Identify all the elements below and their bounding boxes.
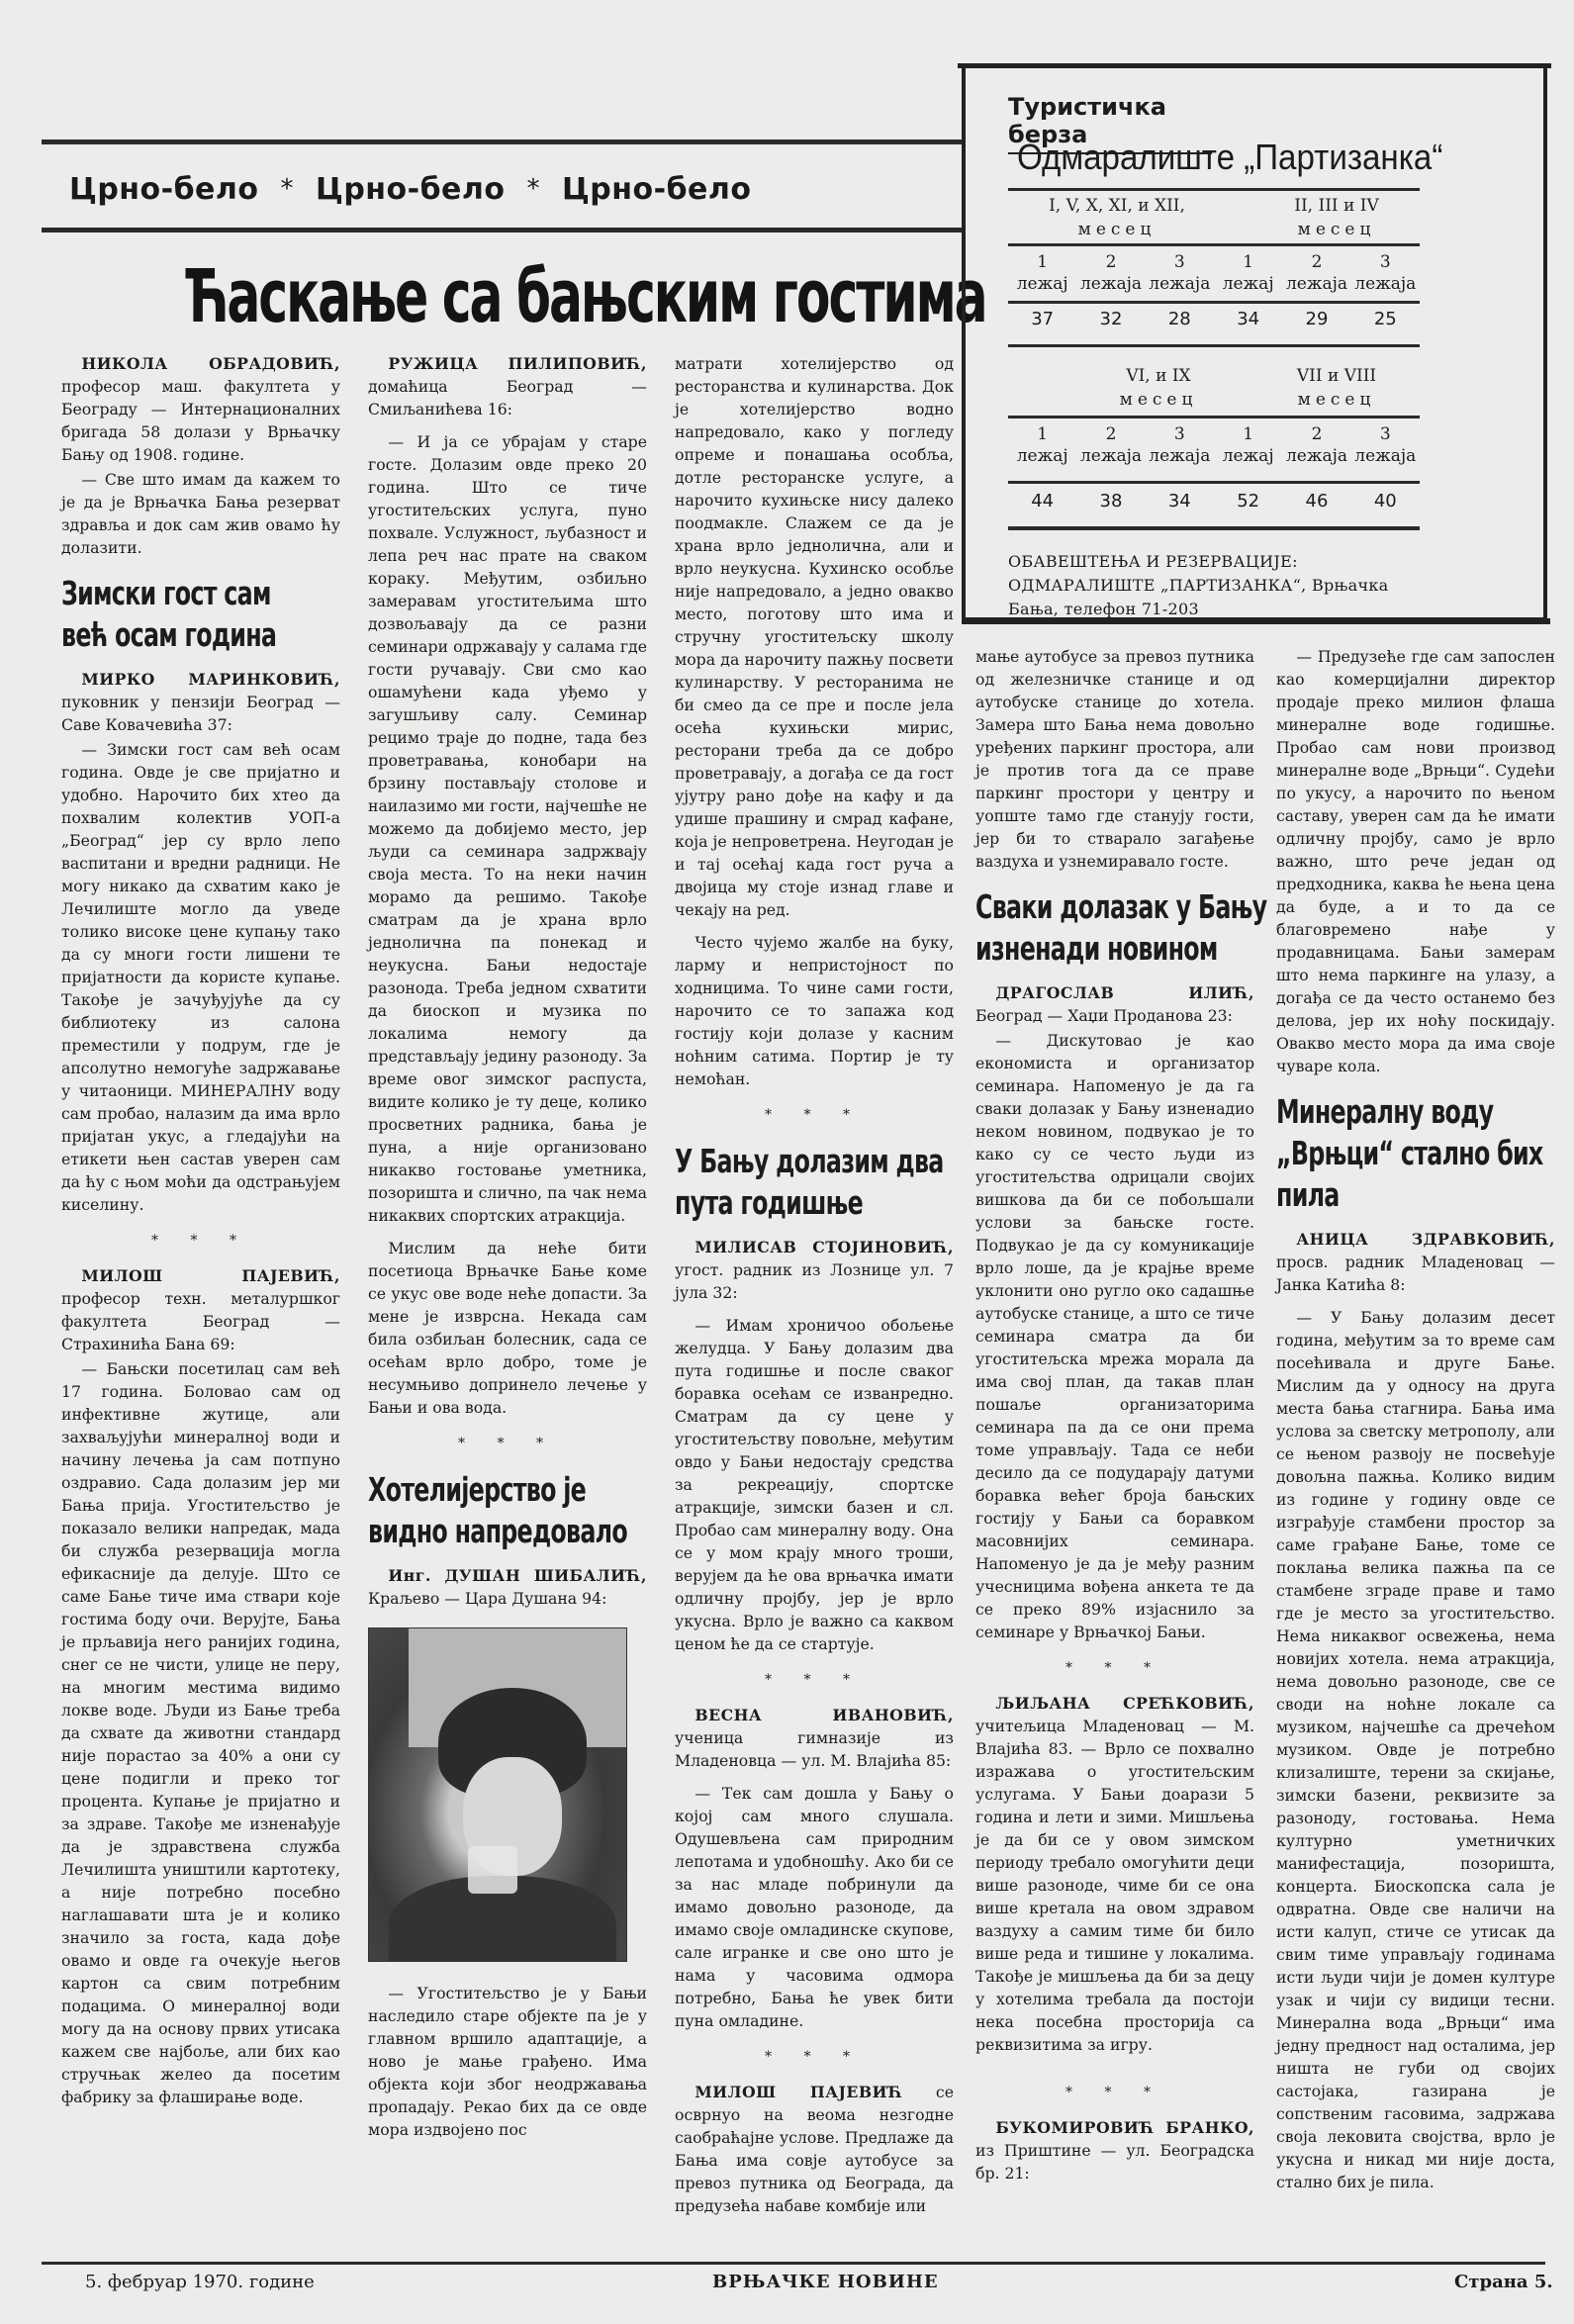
period-months: VI, и IX bbox=[1084, 364, 1233, 388]
bed-count: 3 bbox=[1146, 251, 1214, 273]
subheading-line: Сваки долазак у Бању bbox=[975, 886, 1176, 928]
bed-col: 3лежаја bbox=[1351, 251, 1420, 295]
bed-col: 1лежај bbox=[1214, 423, 1282, 467]
interview-intro: Инг. ДУШАН ШИБАЛИЋ, Краљево — Цара Душан… bbox=[368, 1564, 647, 1610]
period-header-2: II, III и IV месец bbox=[1262, 194, 1411, 241]
table-rule bbox=[1008, 344, 1420, 347]
bed-count: 1 bbox=[1008, 251, 1076, 273]
paragraph: матрати хотелијерство од ресторанства и … bbox=[675, 352, 954, 921]
price: 29 bbox=[1282, 309, 1350, 330]
interviewee-details: професор техн. металуршког факултета Бео… bbox=[61, 1289, 340, 1353]
bed-row-1: 1лежај 2лежаја 3лежаја 1лежај 2лежаја 3л… bbox=[1008, 251, 1420, 295]
period-unit: месец bbox=[1262, 388, 1411, 412]
interviewee-name: ВЕСНА ИВАНОВИЋ, bbox=[694, 1706, 954, 1724]
interview-intro: ДРАГОСЛАВ ИЛИЋ, Београд — Хаџи Продановa… bbox=[975, 981, 1254, 1027]
paragraph: — Дискутовао је као економиста и организ… bbox=[975, 1029, 1254, 1643]
bed-label: лежаја bbox=[1282, 273, 1350, 295]
newspaper-page: Црно-бело * Црно-бело * Црно-бело Ћаскањ… bbox=[0, 0, 1574, 2324]
table-rule bbox=[1008, 416, 1420, 418]
paragraph: — Све што имам да кажем то је да је Врња… bbox=[61, 468, 340, 559]
resort-name: Одмаралиште „Партизанка“ bbox=[1017, 137, 1442, 178]
subheading: Зимски гост самвећ осам година bbox=[61, 573, 262, 656]
interviewee-details: професор маш. факултета у Београду — Инт… bbox=[61, 377, 340, 464]
page-title: Ћаскање са бањским гостима bbox=[185, 247, 804, 346]
price: 38 bbox=[1076, 491, 1145, 512]
paragraph: мање аутобусе за превоз путника од желез… bbox=[975, 645, 1254, 873]
interview-intro: ВЕСНА ИВАНОВИЋ, ученица гимназије из Мла… bbox=[675, 1704, 954, 1772]
bed-label: лежаја bbox=[1351, 445, 1420, 467]
bed-count: 1 bbox=[1214, 251, 1282, 273]
subheading-line: Зимски гост сам bbox=[61, 573, 262, 614]
interview-intro: АНИЦА ЗДРАВКОВИЋ, просв. радник Младенов… bbox=[1276, 1228, 1555, 1296]
price: 28 bbox=[1146, 309, 1214, 330]
subheading: Хотелијерство јевидно напредовало bbox=[368, 1469, 569, 1552]
bed-label: лежаја bbox=[1076, 445, 1145, 467]
interview-intro: МИРКО МАРИНКОВИЋ, пуковник у пензији Бео… bbox=[61, 668, 340, 736]
band-label-1: Црно-бело bbox=[69, 172, 258, 207]
interview-intro: МИЛОШ ПАЈЕВИЋ, професор техн. металуршко… bbox=[61, 1264, 340, 1355]
subheading-line: видно напредовало bbox=[368, 1511, 569, 1552]
interviewee-details: из Приштине — ул. Београдска бр. 21: bbox=[975, 2141, 1254, 2183]
photo bbox=[368, 1627, 627, 1962]
section-divider: * * * bbox=[675, 1669, 954, 1692]
period-months: I, V, X, XI, и XII, bbox=[1008, 194, 1226, 218]
price-row-2: 44 38 34 52 46 40 bbox=[1008, 491, 1420, 512]
section-divider: * * * bbox=[675, 1104, 954, 1127]
column-4: мање аутобусе за превоз путника од желез… bbox=[975, 645, 1254, 2185]
bed-col: 2лежаја bbox=[1282, 251, 1350, 295]
paragraph: — Зимски гост сам већ осам година. Овде … bbox=[61, 738, 340, 1216]
issue-date: 5. фебруар 1970. године bbox=[85, 2272, 315, 2292]
bed-count: 2 bbox=[1076, 423, 1145, 445]
price-row-1: 37 32 28 34 29 25 bbox=[1008, 309, 1420, 330]
interview-intro: МИЛОШ ПАЈЕВИЋ се осврнуо на веома незгод… bbox=[675, 2081, 954, 2217]
interviewee-details: угост. радник из Лознице ул. 7 јула 32: bbox=[675, 1260, 954, 1302]
paragraph: Често чујемо жалбе на буку, ларму и непр… bbox=[675, 931, 954, 1090]
bed-label: лежаја bbox=[1146, 445, 1214, 467]
section-divider: * * * bbox=[61, 1230, 340, 1253]
interview-intro: РУЖИЦА ПИЛИПОВИЋ, домаћица Београд — Сми… bbox=[368, 352, 647, 420]
bed-label: лежај bbox=[1008, 273, 1076, 295]
bed-count: 2 bbox=[1282, 423, 1350, 445]
bed-count: 3 bbox=[1146, 423, 1214, 445]
bed-label: лежај bbox=[1214, 445, 1282, 467]
bed-col: 3лежаја bbox=[1351, 423, 1420, 467]
box-rule-bottom bbox=[962, 618, 1550, 624]
bed-col: 2лежаја bbox=[1282, 423, 1350, 467]
info-title: ОБАВЕШТЕЊА И РЕЗЕРВАЦИЈЕ: bbox=[1008, 550, 1424, 574]
interviewee-name: МИЛОШ ПАЈЕВИЋ, bbox=[81, 1266, 340, 1285]
bed-label: лежаја bbox=[1282, 445, 1350, 467]
interviewee-details: домаћица Београд — Смиљанићева 16: bbox=[368, 377, 647, 418]
bed-col: 1лежај bbox=[1008, 423, 1076, 467]
section-divider: * * * bbox=[975, 1657, 1254, 1680]
bed-row-2: 1лежај 2лежаја 3лежаја 1лежај 2лежаја 3л… bbox=[1008, 423, 1420, 467]
interviewee-name: ЉИЉАНА СРЕЋКОВИЋ, bbox=[995, 1694, 1254, 1713]
table-rule bbox=[1008, 243, 1420, 246]
paragraph: — И ја се убрајам у старе госте. Долазим… bbox=[368, 430, 647, 1227]
interviewee-name: НИКОЛА ОБРАДОВИЋ, bbox=[81, 354, 340, 373]
bed-count: 3 bbox=[1351, 251, 1420, 273]
paragraph: — У Бању долазим десет година, међутим з… bbox=[1276, 1306, 1555, 2193]
subheading-line: „Врњци“ стално бих bbox=[1276, 1133, 1477, 1174]
bed-col: 2лежаја bbox=[1076, 423, 1145, 467]
period-unit: месец bbox=[1084, 388, 1233, 412]
bed-count: 1 bbox=[1008, 423, 1076, 445]
paragraph: — Тек сам дошла у Бању о којој сам много… bbox=[675, 1782, 954, 2032]
section-divider: * * * bbox=[368, 1433, 647, 1455]
price: 40 bbox=[1351, 491, 1420, 512]
price: 25 bbox=[1351, 309, 1420, 330]
paragraph: — Бањски посетилац сам већ 17 година. Бо… bbox=[61, 1357, 340, 2108]
interviewee-name: МИРКО МАРИНКОВИЋ, bbox=[81, 670, 340, 689]
header-rule-top bbox=[42, 139, 962, 144]
bed-count: 2 bbox=[1282, 251, 1350, 273]
interview-intro: ЉИЉАНА СРЕЋКОВИЋ, учитељица Младеновац —… bbox=[975, 1692, 1254, 2056]
subheading-line: пила bbox=[1276, 1174, 1477, 1216]
section-divider: * * * bbox=[675, 2046, 954, 2069]
interviewee-details: просв. радник Младеновац — Јанка Катића … bbox=[1276, 1253, 1555, 1294]
table-rule bbox=[1008, 526, 1420, 530]
paragraph: — Предузеће где сам запослен као комерци… bbox=[1276, 645, 1555, 1077]
period-months: II, III и IV bbox=[1262, 194, 1411, 218]
bed-count: 1 bbox=[1214, 423, 1282, 445]
subheading-line: Минералну воду bbox=[1276, 1091, 1477, 1133]
band-separator: * bbox=[280, 174, 294, 204]
interviewee-details: ученица гимназије из Младеновца — ул. М.… bbox=[675, 1728, 954, 1770]
period-header-3: VI, и IX месец bbox=[1084, 364, 1233, 412]
interviewee-name: АНИЦА ЗДРАВКОВИЋ, bbox=[1296, 1230, 1555, 1249]
interviewee-details: учитељица Младеновац — М. Влајића 83. — … bbox=[975, 1717, 1254, 2054]
subheading-line: пута годишње bbox=[675, 1182, 876, 1224]
period-months: VII и VIII bbox=[1262, 364, 1411, 388]
header-rule-bottom bbox=[42, 228, 962, 232]
bed-col: 3лежаја bbox=[1146, 423, 1214, 467]
interviewee-details: се осврнуо на веома незгодне саобраћајне… bbox=[675, 2083, 954, 2215]
footer-rule bbox=[42, 2262, 1545, 2265]
reservation-info: ОБАВЕШТЕЊА И РЕЗЕРВАЦИЈЕ: ОДМАРАЛИШТЕ „П… bbox=[1008, 550, 1424, 621]
interviewee-name: МИЛИСАВ СТОЈИНОВИЋ, bbox=[694, 1238, 954, 1256]
price: 32 bbox=[1076, 309, 1145, 330]
interviewee-name: БУКОМИРОВИЋ БРАНКО, bbox=[995, 2118, 1254, 2137]
info-text: ОДМАРАЛИШТЕ „ПАРТИЗАНКА“, Врњачка Бања, … bbox=[1008, 574, 1424, 621]
period-unit: месец bbox=[1262, 218, 1411, 241]
interviewee-details: Београд — Хаџи Продановa 23: bbox=[975, 1006, 1233, 1025]
band-label-2: Црно-бело bbox=[316, 172, 505, 207]
price: 37 bbox=[1008, 309, 1076, 330]
section-divider: * * * bbox=[975, 2082, 1254, 2104]
price: 44 bbox=[1008, 491, 1076, 512]
column-3: матрати хотелијерство од ресторанства и … bbox=[675, 352, 954, 2217]
interview-intro: БУКОМИРОВИЋ БРАНКО, из Приштине — ул. Бе… bbox=[975, 2116, 1254, 2185]
interviewee-name: ДРАГОСЛАВ ИЛИЋ, bbox=[995, 983, 1254, 1002]
period-header-4: VII и VIII месец bbox=[1262, 364, 1411, 412]
bed-col: 1лежај bbox=[1214, 251, 1282, 295]
bed-label: лежаја bbox=[1351, 273, 1420, 295]
page-number: Страна 5. bbox=[1454, 2272, 1553, 2292]
subheading-line: већ осам година bbox=[61, 614, 262, 656]
subheading: Минералну воду„Врњци“ стално бихпила bbox=[1276, 1091, 1477, 1216]
subheading-line: У Бању долазим два bbox=[675, 1141, 876, 1182]
bed-label: лежај bbox=[1008, 445, 1076, 467]
table-rule bbox=[1008, 481, 1420, 484]
interviewee-name: РУЖИЦА ПИЛИПОВИЋ, bbox=[388, 354, 647, 373]
interviewee-name: МИЛОШ ПАЈЕВИЋ bbox=[694, 2083, 902, 2101]
column-2: РУЖИЦА ПИЛИПОВИЋ, домаћица Београд — Сми… bbox=[368, 352, 647, 2141]
subheading-line: Хотелијерство је bbox=[368, 1469, 569, 1511]
bed-label: лежаја bbox=[1076, 273, 1145, 295]
band-label-3: Црно-бело bbox=[562, 172, 751, 207]
paragraph: — Имам хроничоо обољење желудца. У Бању … bbox=[675, 1314, 954, 1655]
interviewee-name: Инг. ДУШАН ШИБАЛИЋ, bbox=[388, 1566, 647, 1585]
bed-col: 3лежаја bbox=[1146, 251, 1214, 295]
period-unit: месец bbox=[1008, 218, 1226, 241]
band-separator: * bbox=[526, 174, 540, 204]
column-5: — Предузеће где сам запослен као комерци… bbox=[1276, 645, 1555, 2193]
column-1: НИКОЛА ОБРАДОВИЋ, професор маш. факултет… bbox=[61, 352, 340, 2108]
bed-label: лежај bbox=[1214, 273, 1282, 295]
newspaper-name: ВРЊАЧКЕ НОВИНЕ bbox=[712, 2272, 939, 2292]
bed-count: 2 bbox=[1076, 251, 1145, 273]
paragraph: Мислим да неће бити посетиоца Врњачке Ба… bbox=[368, 1237, 647, 1419]
subheading: У Бању долазим двапута годишње bbox=[675, 1141, 876, 1224]
photo-glass bbox=[468, 1846, 517, 1894]
table-rule bbox=[1008, 301, 1420, 304]
interview-intro: МИЛИСАВ СТОЈИНОВИЋ, угост. радник из Лоз… bbox=[675, 1236, 954, 1304]
table-rule bbox=[1008, 188, 1420, 191]
price: 46 bbox=[1282, 491, 1350, 512]
interview-intro: НИКОЛА ОБРАДОВИЋ, професор маш. факултет… bbox=[61, 352, 340, 466]
interviewee-details: Краљево — Цара Душана 94: bbox=[368, 1589, 606, 1608]
interviewee-details: пуковник у пензији Београд — Саве Коваче… bbox=[61, 693, 340, 734]
bed-count: 3 bbox=[1351, 423, 1420, 445]
paragraph: — Угоститељство је у Бањи наследило стар… bbox=[368, 1982, 647, 2141]
bed-col: 1лежај bbox=[1008, 251, 1076, 295]
price: 34 bbox=[1146, 491, 1214, 512]
price: 34 bbox=[1214, 309, 1282, 330]
price: 52 bbox=[1214, 491, 1282, 512]
bed-col: 2лежаја bbox=[1076, 251, 1145, 295]
tourist-exchange-box: Туристичка берза Одмаралиште „Партизанка… bbox=[962, 67, 1547, 621]
bed-label: лежаја bbox=[1146, 273, 1214, 295]
subheading-line: изненади новином bbox=[975, 928, 1176, 970]
period-header-1: I, V, X, XI, и XII, месец bbox=[1008, 194, 1226, 241]
section-band: Црно-бело * Црно-бело * Црно-бело bbox=[42, 160, 952, 218]
subheading: Сваки долазак у Бањуизненади новином bbox=[975, 886, 1176, 970]
